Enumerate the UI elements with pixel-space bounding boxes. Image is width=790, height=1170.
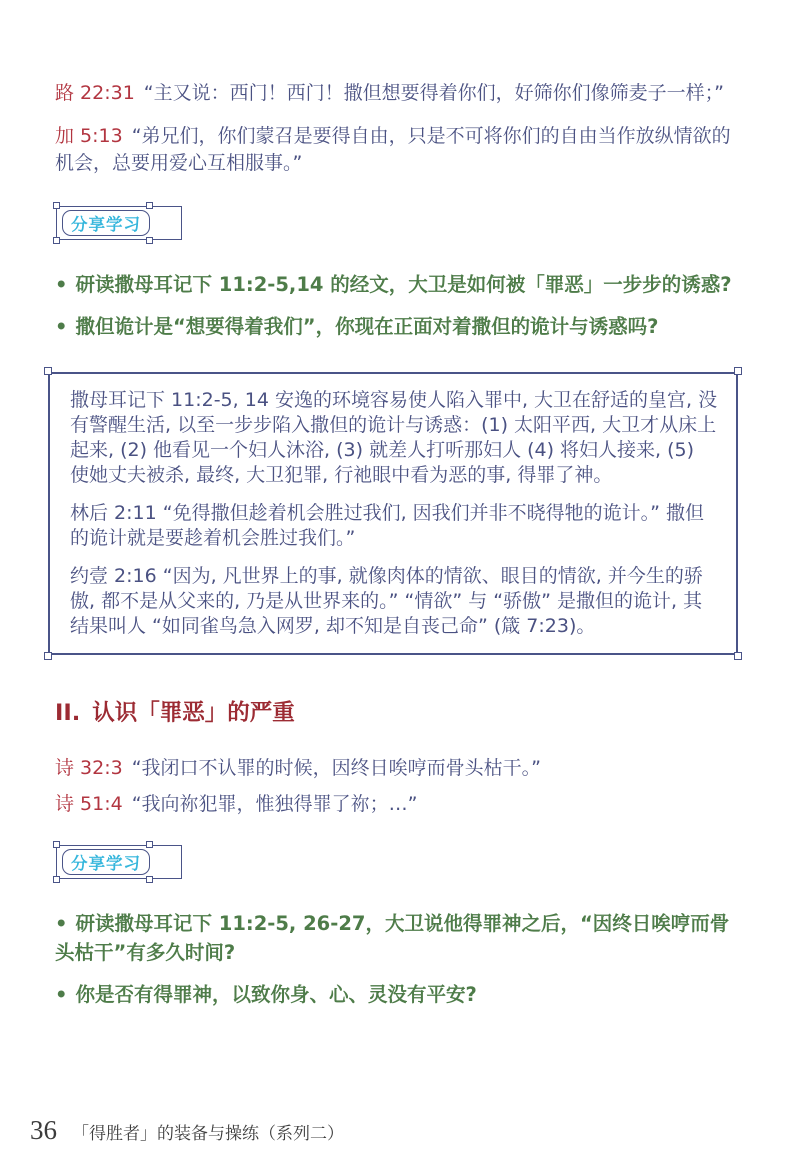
question-text: 撒但诡计是“想要得着我们”，你现在正面对着撒但的诡计与诱惑吗? <box>75 315 658 338</box>
mid-verses: 诗 32:3“我闭口不认罪的时候，因终日唉哼而骨头枯干。” 诗 51:4“我向祢… <box>55 755 744 818</box>
section-heading: II.认识「罪恶」的严重 <box>55 695 744 727</box>
verse-luke-22-31: 路 22:31“主又说：西门！西门！撒但想要得着你们，好筛你们像筛麦子一样；” <box>55 80 744 107</box>
section-title: 认识「罪恶」的严重 <box>92 700 295 726</box>
verse-text: “我向祢犯罪，惟独得罪了祢；…” <box>132 793 418 815</box>
bullet-icon: • <box>55 912 67 935</box>
verse-ps-32-3: 诗 32:3“我闭口不认罪的时候，因终日唉哼而骨头枯干。” <box>55 755 744 782</box>
share-label-text: 分享学习 <box>62 210 150 236</box>
commentary-paragraph: 约壹 2:16 “因为, 凡世界上的事, 就像肉体的情欲、眼目的情欲, 并今生的… <box>70 564 718 639</box>
corner-ornament <box>146 237 153 244</box>
question-text: 你是否有得罪神，以致你身、心、灵没有平安? <box>75 983 476 1006</box>
corner-ornament <box>146 841 153 848</box>
verse-text: “弟兄们，你们蒙召是要得自由，只是不可将你们的自由当作放纵情欲的机会，总要用爱心… <box>55 125 731 174</box>
bullet-icon: • <box>55 983 67 1006</box>
commentary-box: 撒母耳记下 11:2-5, 14 安逸的环境容易使人陷入罪中, 大卫在舒适的皇宫… <box>48 372 738 656</box>
verse-text: “我闭口不认罪的时候，因终日唉哼而骨头枯干。” <box>132 757 541 779</box>
page-number: 36 <box>30 1115 57 1146</box>
verse-gal-5-13: 加 5:13“弟兄们，你们蒙召是要得自由，只是不可将你们的自由当作放纵情欲的机会… <box>55 123 744 177</box>
share-study-label: 分享学习 <box>53 201 185 245</box>
bullet-icon: • <box>55 273 67 296</box>
commentary-paragraph: 撒母耳记下 11:2-5, 14 安逸的环境容易使人陷入罪中, 大卫在舒适的皇宫… <box>70 388 718 488</box>
question-item: •撒但诡计是“想要得着我们”，你现在正面对着撒但的诡计与诱惑吗? <box>55 313 744 342</box>
corner-ornament <box>53 841 60 848</box>
corner-ornament <box>53 876 60 883</box>
question-item: •研读撒母耳记下 11:2-5, 26-27，大卫说他得罪神之后，“因终日唉哼而… <box>55 910 744 968</box>
corner-ornament <box>146 876 153 883</box>
corner-ornament <box>53 237 60 244</box>
verse-reference: 诗 51:4 <box>55 793 123 815</box>
page-footer: 36 「得胜者」的装备与操练（系列二） <box>30 1115 344 1146</box>
question-item: •你是否有得罪神，以致你身、心、灵没有平安? <box>55 981 744 1010</box>
share-study-label: 分享学习 <box>53 840 185 884</box>
corner-ornament <box>44 367 52 375</box>
verse-reference: 路 22:31 <box>55 82 135 104</box>
verse-text: “主又说：西门！西门！撒但想要得着你们，好筛你们像筛麦子一样；” <box>144 82 724 104</box>
book-title: 「得胜者」的装备与操练（系列二） <box>72 1119 344 1144</box>
section-numeral: II. <box>55 700 80 726</box>
corner-ornament <box>53 202 60 209</box>
page-content: 路 22:31“主又说：西门！西门！撒但想要得着你们，好筛你们像筛麦子一样；” … <box>0 0 790 1010</box>
commentary-paragraph: 林后 2:11 “免得撒但趁着机会胜过我们, 因我们并非不晓得牠的诡计。” 撒但… <box>70 501 718 551</box>
question-item: •研读撒母耳记下 11:2-5,14 的经文，大卫是如何被「罪恶」一步步的诱惑? <box>55 271 744 300</box>
verse-reference: 诗 32:3 <box>55 757 123 779</box>
bullet-icon: • <box>55 315 67 338</box>
corner-ornament <box>734 652 742 660</box>
corner-ornament <box>734 367 742 375</box>
verse-reference: 加 5:13 <box>55 125 123 147</box>
share-label-text: 分享学习 <box>62 849 150 875</box>
question-text: 研读撒母耳记下 11:2-5,14 的经文，大卫是如何被「罪恶」一步步的诱惑? <box>75 273 731 296</box>
verse-ps-51-4: 诗 51:4“我向祢犯罪，惟独得罪了祢；…” <box>55 791 744 818</box>
corner-ornament <box>146 202 153 209</box>
question-text: 研读撒母耳记下 11:2-5, 26-27，大卫说他得罪神之后，“因终日唉哼而骨… <box>55 912 729 964</box>
corner-ornament <box>44 652 52 660</box>
